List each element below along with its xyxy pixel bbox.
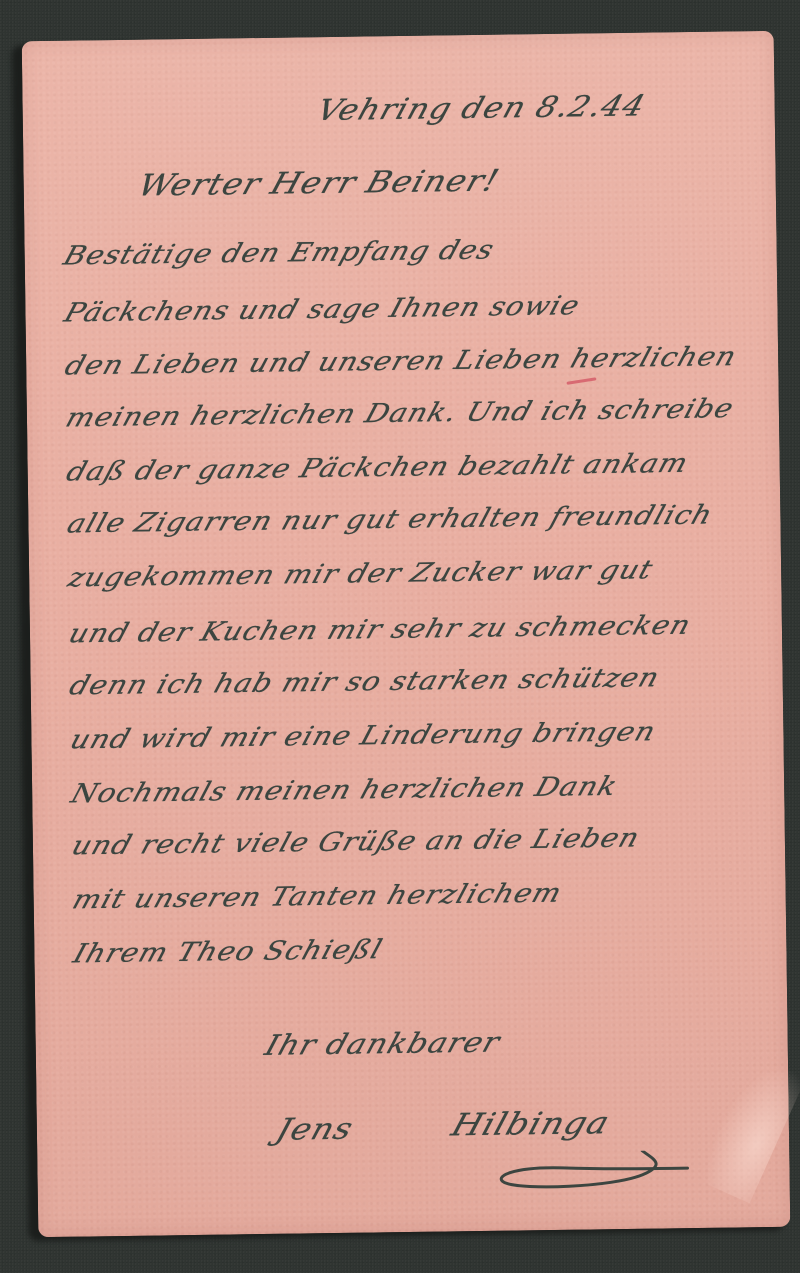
body-line-9: denn ich hab mir so starken schützen: [66, 662, 664, 701]
postcard: Vehring den 8.2.44 Werter Herr Beiner! B…: [22, 31, 791, 1237]
signature-flourish: [492, 1150, 693, 1193]
body-line-8: und der Kuchen mir sehr zu schmecken: [65, 609, 695, 648]
signature-last-name: Hilbinga: [447, 1105, 614, 1143]
body-line-1: Bestätige den Empfang des: [60, 234, 499, 271]
salutation-line: Werter Herr Beiner!: [134, 162, 504, 202]
body-line-7: zugekommen mir der Zucker war gut: [64, 554, 657, 593]
body-line-11: Nochmals meinen herzlichen Dank: [67, 770, 621, 808]
card-wear-mark: [695, 1051, 800, 1203]
body-line-14: Ihrem Theo Schießl: [70, 934, 387, 969]
signature-first-name: Jens: [272, 1111, 358, 1147]
place-date-line: Vehring den 8.2.44: [313, 88, 650, 127]
body-line-5: daß der ganze Päckchen bezahlt ankam: [63, 447, 693, 486]
red-pencil-mark: [566, 377, 596, 385]
body-line-10: und wird mir eine Linderung bringen: [67, 716, 660, 755]
body-line-4: meinen herzlichen Dank. Und ich schreibe: [62, 393, 738, 433]
body-line-12: und recht viele Grüße an die Lieben: [68, 822, 644, 861]
body-line-13: mit unseren Tanten herzlichem: [69, 877, 566, 915]
closing-line: Ihr dankbarer: [261, 1026, 504, 1062]
body-line-2: Päckchens und sage Ihnen sowie: [61, 290, 584, 328]
body-line-6: alle Zigarren nur gut erhalten freundlic…: [64, 499, 717, 539]
body-line-3: den Lieben und unseren Lieben herzlichen: [61, 341, 740, 381]
